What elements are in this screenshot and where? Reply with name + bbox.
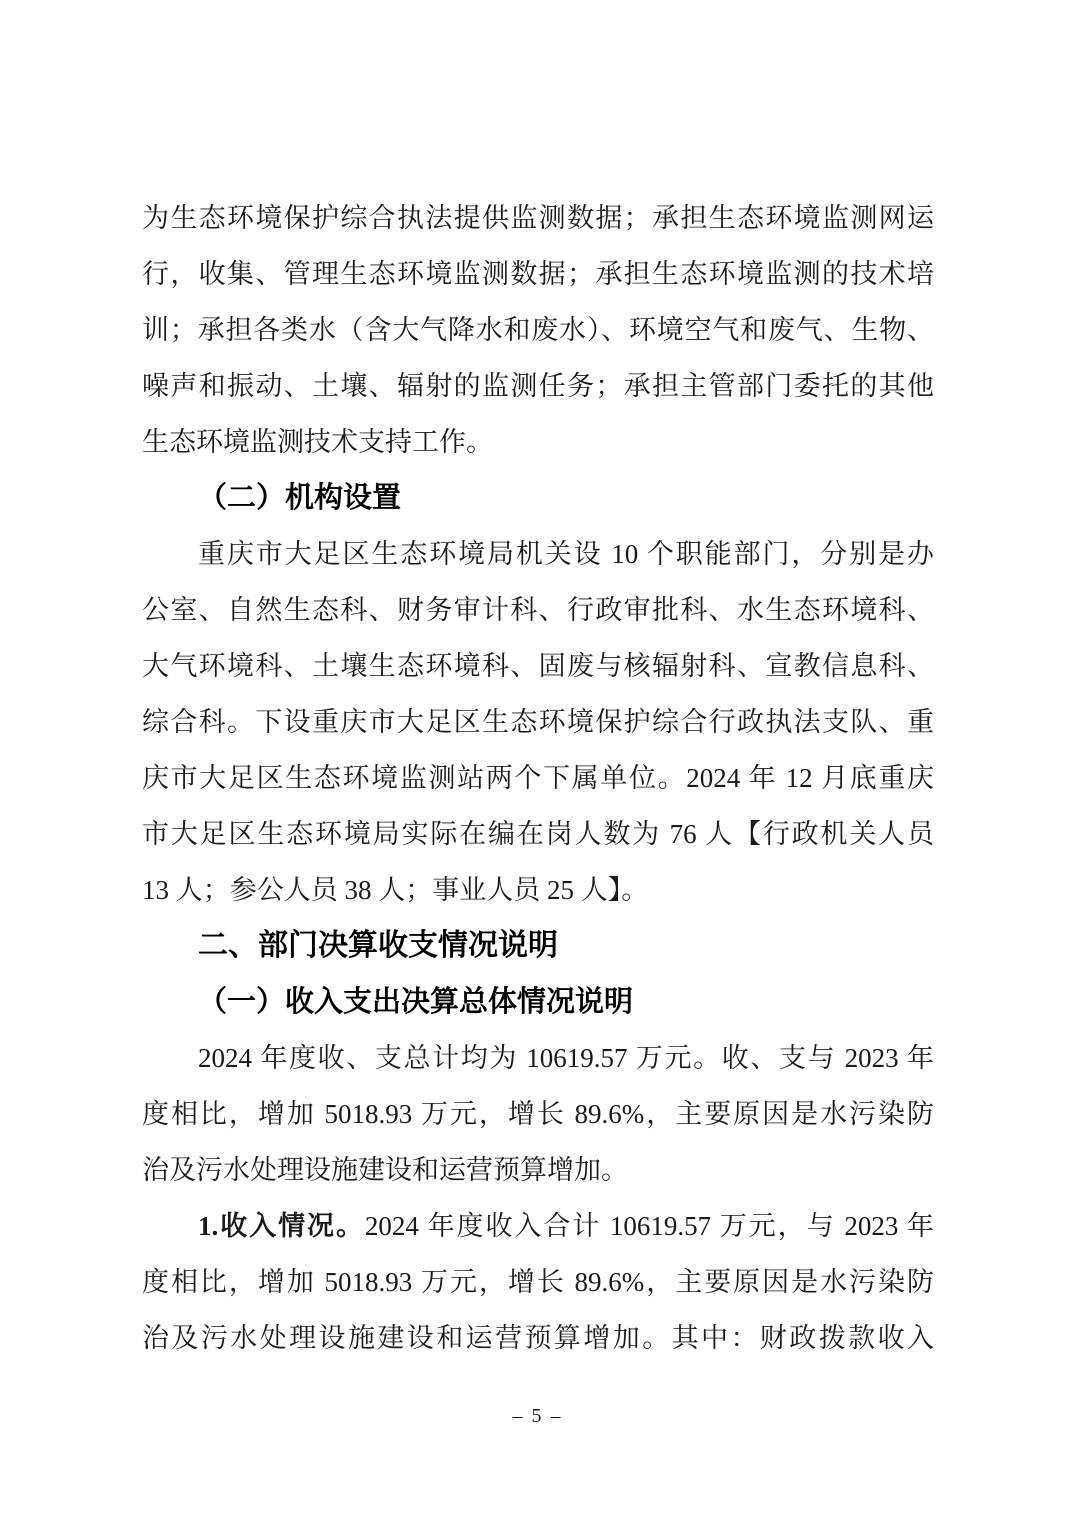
bold-lead: 1.收入情况。 (198, 1211, 365, 1241)
text-line: 重庆市大足区生态环境局机关设 10 个职能部门，分别是办 (142, 526, 934, 582)
text-line: 综合科。下设重庆市大足区生态环境保护综合行政执法支队、重 (142, 694, 934, 750)
text-line: 噪声和振动、土壤、辐射的监测任务；承担主管部门委托的其他 (142, 358, 934, 414)
text-line: 庆市大足区生态环境监测站两个下属单位。2024 年 12 月底重庆 (142, 750, 934, 806)
text-line: 度相比，增加 5018.93 万元，增长 89.6%，主要原因是水污染防 (142, 1086, 934, 1142)
text-line: 为生态环境保护综合执法提供监测数据；承担生态环境监测网运 (142, 190, 934, 246)
paragraph: 为生态环境保护综合执法提供监测数据；承担生态环境监测网运行，收集、管理生态环境监… (142, 190, 934, 470)
paragraph: 2024 年度收、支总计均为 10619.57 万元。收、支与 2023 年度相… (142, 1030, 934, 1198)
subsection-heading-org-setup: （二）机构设置 (142, 470, 934, 526)
text-line: 生态环境监测技术支持工作。 (142, 414, 934, 470)
text-line: 治及污水处理设施建设和运营预算增加。 (142, 1142, 934, 1198)
text-line: 度相比，增加 5018.93 万元，增长 89.6%，主要原因是水污染防 (142, 1254, 934, 1310)
subsection-heading-overall-situation: （一）收入支出决算总体情况说明 (142, 974, 934, 1030)
text-line: 13 人；参公人员 38 人；事业人员 25 人】。 (142, 862, 934, 918)
paragraph: 重庆市大足区生态环境局机关设 10 个职能部门，分别是办公室、自然生态科、财务审… (142, 526, 934, 918)
text-line: 训；承担各类水（含大气降水和废水）、环境空气和废气、生物、 (142, 302, 934, 358)
text-line: 大气环境科、土壤生态环境科、固废与核辐射科、宣教信息科、 (142, 638, 934, 694)
text-line: 市大足区生态环境局实际在编在岗人数为 76 人【行政机关人员 (142, 806, 934, 862)
text-line: 行，收集、管理生态环境监测数据；承担生态环境监测的技术培 (142, 246, 934, 302)
text-line: 治及污水处理设施建设和运营预算增加。其中：财政拨款收入 (142, 1310, 934, 1366)
text-line: 公室、自然生态科、财务审计科、行政审批科、水生态环境科、 (142, 582, 934, 638)
paragraph: 1.收入情况。2024 年度收入合计 10619.57 万元，与 2023 年度… (142, 1198, 934, 1366)
document-body: 为生态环境保护综合执法提供监测数据；承担生态环境监测网运行，收集、管理生态环境监… (142, 190, 934, 1366)
text-line: 1.收入情况。2024 年度收入合计 10619.57 万元，与 2023 年 (142, 1198, 934, 1254)
text-line: 2024 年度收、支总计均为 10619.57 万元。收、支与 2023 年 (142, 1030, 934, 1086)
document-page: 为生态环境保护综合执法提供监测数据；承担生态环境监测网运行，收集、管理生态环境监… (0, 0, 1075, 1520)
page-number: – 5 – (0, 1405, 1075, 1428)
section-heading-budget-explanation: 二、部门决算收支情况说明 (142, 918, 934, 974)
